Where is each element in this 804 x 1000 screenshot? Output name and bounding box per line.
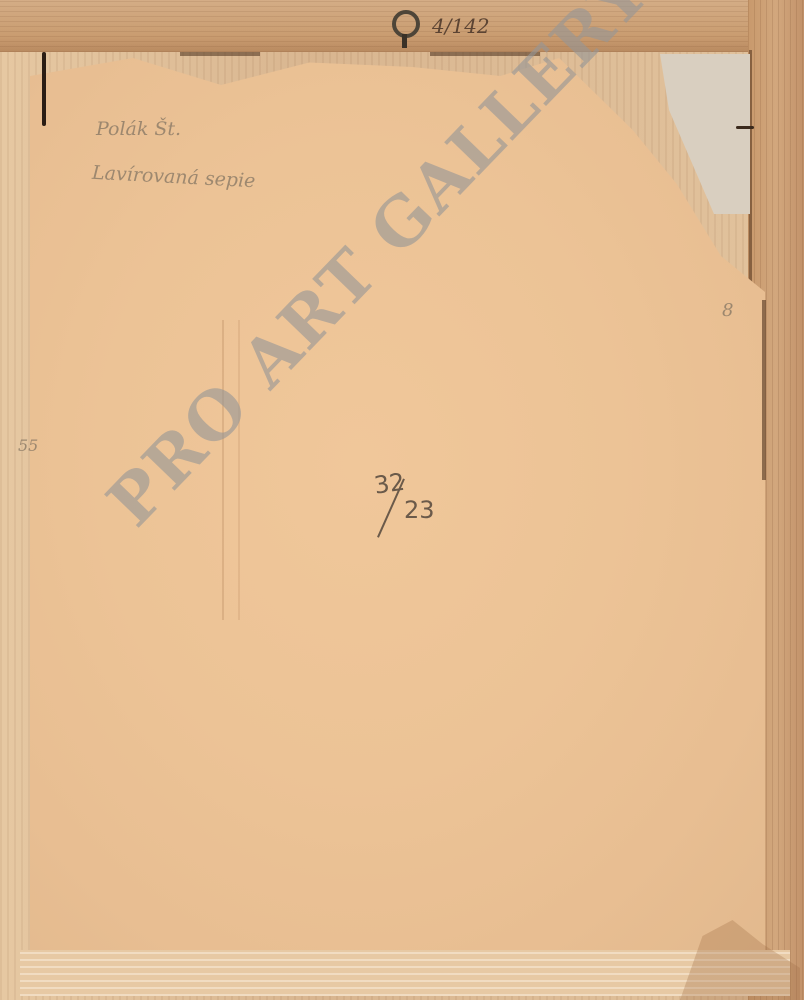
margin-number-left: 55: [18, 436, 38, 455]
dimension-fraction: 32 23: [380, 470, 435, 522]
artwork-back-photo: 4/142 Polák Št. Lavírovaná sepie 55 8 32…: [0, 0, 804, 1000]
nail-icon: [736, 126, 754, 129]
paper-tear-top: [180, 52, 260, 56]
ring-screw: [402, 34, 407, 48]
bottom-tape-strip: [20, 950, 790, 996]
artist-inscription: Polák Št.: [96, 118, 181, 140]
frame-inscription: 4/142: [432, 14, 490, 38]
corner-wire: [42, 52, 46, 126]
paper-tear-right: [762, 300, 766, 480]
margin-number-right: 8: [722, 300, 733, 321]
fraction-denominator: 23: [404, 498, 435, 522]
